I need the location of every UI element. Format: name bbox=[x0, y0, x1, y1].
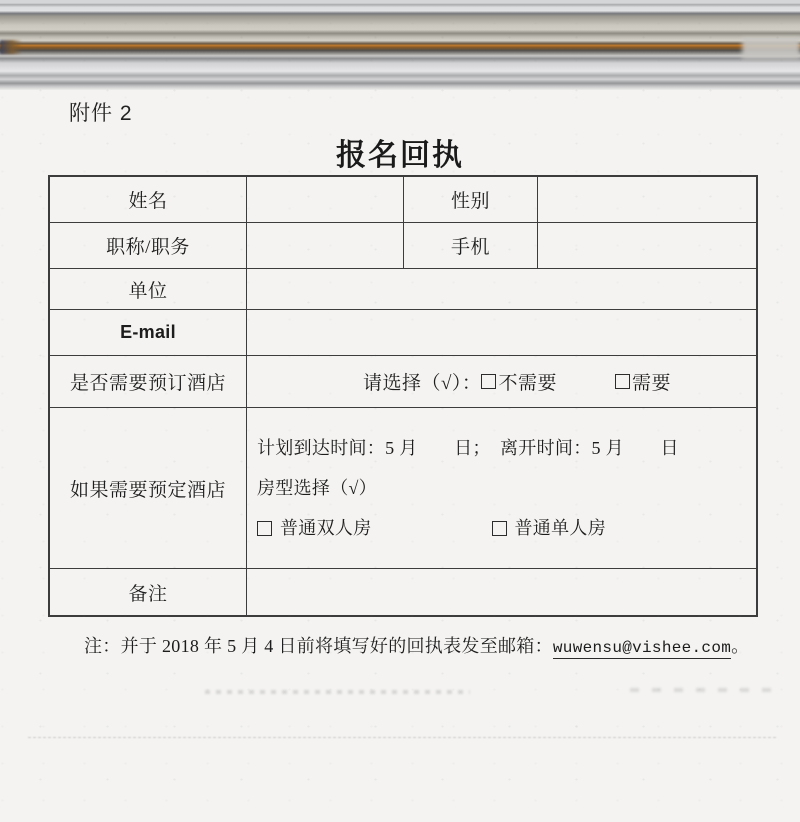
gender-label: 性别 bbox=[404, 177, 538, 222]
footnote-period: 。 bbox=[731, 636, 749, 656]
scan-bar-left-blob bbox=[0, 40, 22, 54]
hotel-detail-label: 如果需要预定酒店 bbox=[50, 408, 247, 568]
checkbox-need-icon[interactable] bbox=[615, 374, 630, 389]
checkbox-single-room-icon[interactable] bbox=[492, 521, 507, 536]
table-row-title-mobile: 职称/职务 手机 bbox=[50, 223, 756, 269]
option-single-room[interactable]: 普通单人房 bbox=[492, 516, 607, 540]
gender-value-cell[interactable] bbox=[538, 177, 756, 222]
table-row-hotel-detail: 如果需要预定酒店 计划到达时间：5 月 日； 离开时间：5 月 日 房型选择（√… bbox=[50, 408, 756, 569]
table-row-remark: 备注 bbox=[50, 569, 756, 615]
arrival-departure-line: 计划到达时间：5 月 日； 离开时间：5 月 日 bbox=[257, 436, 679, 460]
table-row-name-gender: 姓名 性别 bbox=[50, 177, 756, 223]
room-type-prompt: 房型选择（√） bbox=[257, 476, 377, 500]
hotel-need-prompt: 请选择（√）： bbox=[363, 368, 481, 395]
table-row-email: E-mail bbox=[50, 310, 756, 356]
name-value-cell[interactable] bbox=[247, 177, 404, 222]
organization-label: 单位 bbox=[50, 269, 247, 309]
organization-value-cell[interactable] bbox=[247, 269, 756, 309]
option-no-need[interactable]: 不需要 bbox=[481, 368, 557, 395]
scan-bar-right-fade bbox=[742, 38, 800, 59]
title-position-label: 职称/职务 bbox=[50, 223, 247, 268]
bleed-through-smudge-right bbox=[630, 688, 780, 692]
attachment-label: 附件 2 bbox=[69, 97, 133, 127]
hotel-detail-cell: 计划到达时间：5 月 日； 离开时间：5 月 日 房型选择（√） 普通双人房 普… bbox=[247, 408, 756, 568]
footnote-text: 注：并于 2018 年 5 月 4 日前将填写好的回执表发至邮箱： bbox=[84, 636, 553, 656]
hotel-need-label: 是否需要预订酒店 bbox=[50, 356, 247, 407]
option-need[interactable]: 需要 bbox=[615, 368, 671, 395]
remark-label: 备注 bbox=[50, 569, 247, 615]
option-need-label: 需要 bbox=[632, 368, 671, 395]
table-row-hotel-need: 是否需要预订酒店 请选择（√）： 不需要 需要 bbox=[50, 356, 756, 408]
room-type-options: 普通双人房 普通单人房 bbox=[257, 516, 606, 540]
email-label: E-mail bbox=[50, 310, 247, 355]
bleed-through-dashed-line bbox=[28, 737, 776, 738]
hotel-need-cell: 请选择（√）： 不需要 需要 bbox=[247, 356, 756, 407]
scan-artifact-bar bbox=[0, 0, 800, 90]
email-value-cell[interactable] bbox=[247, 310, 756, 355]
table-row-organization: 单位 bbox=[50, 269, 756, 310]
mobile-label: 手机 bbox=[404, 223, 538, 268]
registration-table: 姓名 性别 职称/职务 手机 单位 E-mail 是否需要预订酒店 请选择（√）… bbox=[48, 175, 758, 617]
mobile-value-cell[interactable] bbox=[538, 223, 756, 268]
checkbox-no-need-icon[interactable] bbox=[481, 374, 496, 389]
bleed-through-smudge-left bbox=[205, 690, 470, 694]
option-double-room[interactable]: 普通双人房 bbox=[257, 516, 372, 540]
option-single-room-label: 普通单人房 bbox=[515, 516, 607, 540]
remark-value-cell[interactable] bbox=[247, 569, 756, 615]
page-title: 报名回执 bbox=[0, 130, 800, 174]
footnote-email: wuwensu@vishee.com bbox=[553, 639, 731, 659]
checkbox-double-room-icon[interactable] bbox=[257, 521, 272, 536]
title-position-value-cell[interactable] bbox=[247, 223, 404, 268]
option-no-need-label: 不需要 bbox=[498, 368, 557, 395]
option-double-room-label: 普通双人房 bbox=[280, 516, 372, 540]
footnote: 注：并于 2018 年 5 月 4 日前将填写好的回执表发至邮箱：wuwensu… bbox=[84, 632, 749, 658]
name-label: 姓名 bbox=[50, 177, 247, 222]
